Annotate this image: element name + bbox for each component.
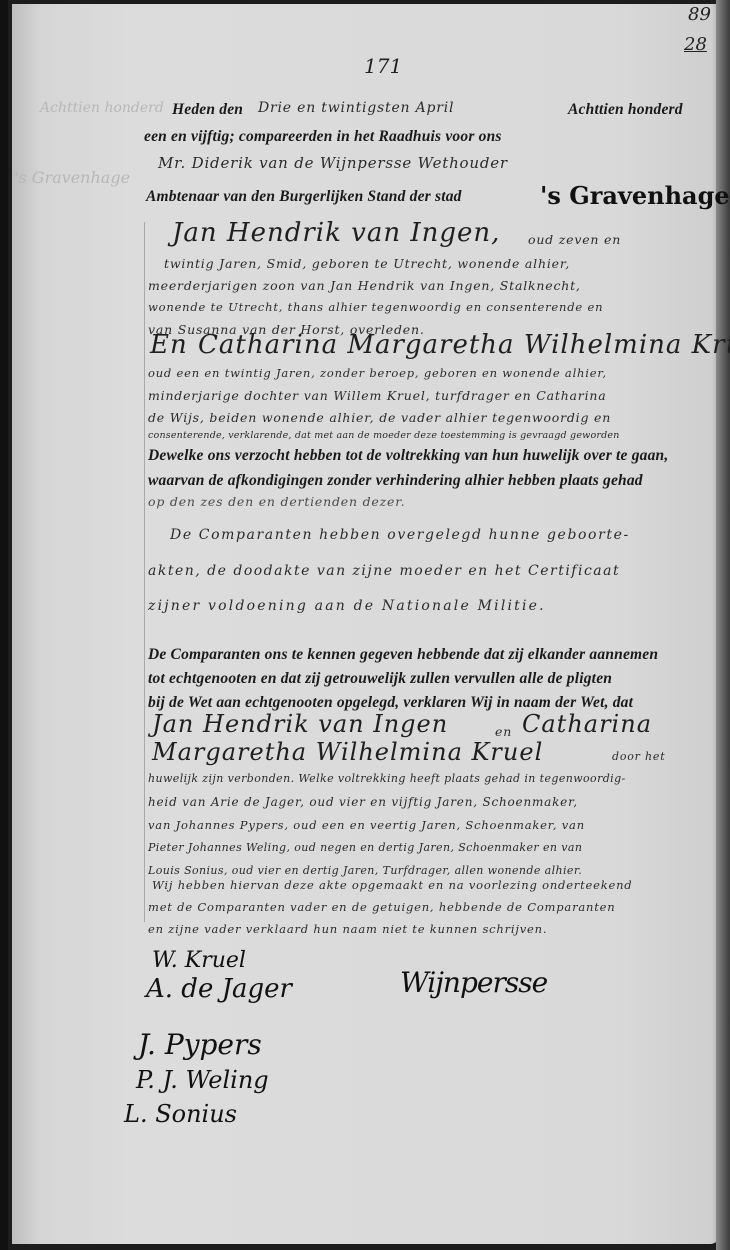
handwritten-text: De Comparanten hebben overgelegd hunne g… bbox=[170, 527, 630, 543]
handwritten-text: en zijne vader verklaard hun naam niet t… bbox=[148, 922, 547, 936]
handwritten-en: en bbox=[495, 724, 512, 739]
handwritten-text: Wij hebben hiervan deze akte opgemaakt e… bbox=[152, 878, 632, 892]
signature-w-kruel: W. Kruel bbox=[152, 948, 246, 973]
signature-l-sonius: L. Sonius bbox=[124, 1100, 237, 1128]
handwritten-text: wonende te Utrecht, thans alhier tegenwo… bbox=[148, 300, 603, 314]
printed-text-echtgenooten: tot echtgenooten en dat zij getrouwelijk… bbox=[148, 670, 612, 688]
signature-j-pypers: J. Pypers bbox=[138, 1028, 262, 1061]
printed-text-comparanten: De Comparanten ons te kennen gegeven heb… bbox=[148, 646, 658, 664]
handwritten-official-name: Mr. Diderik van de Wijnpersse Wethouder bbox=[158, 154, 508, 172]
printed-text-dewelke: Dewelke ons verzocht hebben tot de voltr… bbox=[148, 447, 668, 465]
folio-number-bottom: 28 bbox=[684, 34, 707, 55]
city-name: 's Gravenhage: bbox=[540, 181, 730, 210]
handwritten-text: meerderjarigen zoon van Jan Hendrik van … bbox=[148, 278, 581, 293]
act-number: 171 bbox=[364, 54, 402, 78]
bride-name-declaration: Margaretha Wilhelmina Kruel bbox=[152, 738, 543, 766]
handwritten-text: twintig Jaren, Smid, geboren te Utrecht,… bbox=[164, 256, 570, 271]
groom-name: Jan Hendrik van Ingen, bbox=[172, 218, 500, 248]
folio-number-top: 89 bbox=[688, 4, 711, 25]
handwritten-en: En bbox=[150, 330, 188, 360]
margin-rule bbox=[144, 222, 145, 922]
handwritten-text: akten, de doodakte van zijne moeder en h… bbox=[148, 563, 620, 579]
bride-name: Catharina Margaretha Wilhelmina Kruel, bbox=[198, 330, 730, 360]
book-spine-shadow bbox=[0, 0, 8, 1250]
handwritten-text: zijner voldoening aan de Nationale Milit… bbox=[148, 598, 546, 614]
handwritten-text: op den zes den en dertienden dezer. bbox=[148, 494, 405, 509]
handwritten-text: van Johannes Pypers, oud een en veertig … bbox=[148, 818, 585, 832]
handwritten-text: de Wijs, beiden wonende alhier, de vader… bbox=[148, 410, 611, 425]
bleed-through-text: Achttien honderd bbox=[40, 100, 164, 116]
handwritten-text: met de Comparanten vader en de getuigen,… bbox=[148, 900, 615, 914]
handwritten-text: oud een en twintig Jaren, zonder beroep,… bbox=[148, 366, 607, 380]
printed-text-afkondigingen: waarvan de afkondigingen zonder verhinde… bbox=[148, 472, 643, 490]
scanned-page-background: Achttien honderd 's Gravenhage 89 28 171… bbox=[0, 0, 730, 1250]
bleed-through-text: 's Gravenhage bbox=[14, 168, 130, 187]
handwritten-text: consenterende, verklarende, dat met aan … bbox=[148, 430, 620, 441]
printed-text-heden: Heden den bbox=[172, 101, 243, 119]
groom-name-declaration: Jan Hendrik van Ingen bbox=[152, 710, 448, 738]
handwritten-date: Drie en twintigsten April bbox=[258, 100, 454, 116]
handwritten-text: Louis Sonius, oud vier en dertig Jaren, … bbox=[148, 864, 582, 877]
printed-text-ambtenaar: Ambtenaar van den Burgerlijken Stand der… bbox=[146, 188, 462, 206]
signature-official: Wijnpersse bbox=[400, 966, 547, 999]
handwritten-text: heid van Arie de Jager, oud vier en vijf… bbox=[148, 795, 578, 809]
signature-a-de-jager: A. de Jager bbox=[146, 974, 292, 1004]
handwritten-text: door het bbox=[612, 750, 665, 763]
printed-text-compareerden: een en vijftig; compareerden in het Raad… bbox=[144, 128, 502, 146]
handwritten-text: oud zeven en bbox=[528, 232, 621, 247]
printed-text-year: Achttien honderd bbox=[568, 101, 683, 119]
handwritten-text: Pieter Johannes Weling, oud negen en der… bbox=[148, 841, 582, 854]
signature-p-j-weling: P. J. Weling bbox=[136, 1066, 269, 1094]
handwritten-text: minderjarige dochter van Willem Kruel, t… bbox=[148, 388, 606, 403]
bride-first-name-declaration: Catharina bbox=[522, 710, 652, 738]
handwritten-text: huwelijk zijn verbonden. Welke voltrekki… bbox=[148, 772, 626, 785]
